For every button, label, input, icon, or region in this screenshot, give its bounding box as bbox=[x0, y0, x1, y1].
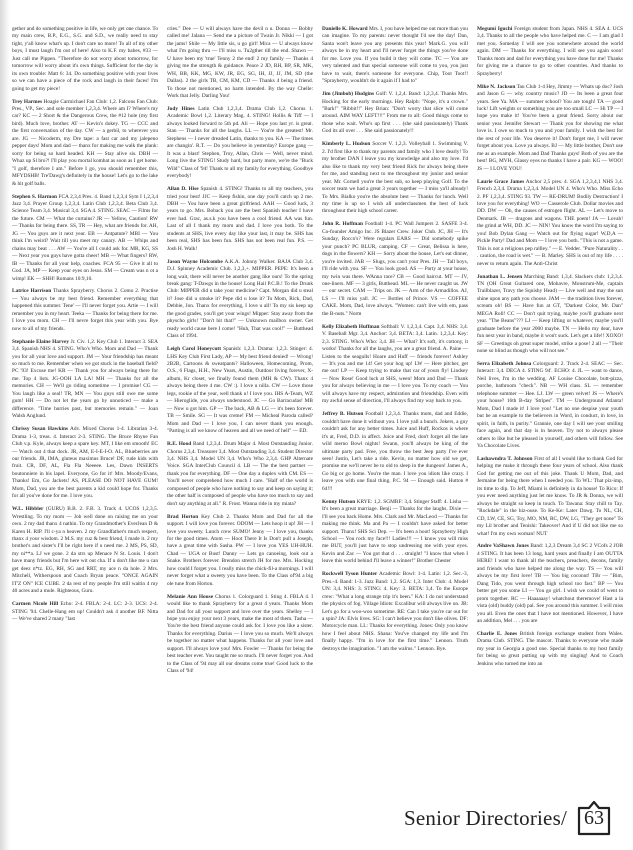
senior-name: Jody Hines bbox=[167, 106, 195, 112]
senior-entry: Chrissy Susan Hawkins Adv. Mixed Chorus … bbox=[12, 426, 158, 501]
column-1: gether and do something positive in life… bbox=[12, 26, 158, 766]
senior-entry-text: Thanks Sprayberry. Chorus 2. Como 2. Pra… bbox=[12, 288, 158, 331]
senior-entry-text: KRYE: 1,2. SGMRF: 3,4. Stinger Staff: 4.… bbox=[322, 499, 468, 565]
senior-name: Kelly Elizabeth Huffman bbox=[322, 324, 380, 330]
senior-entry: Kimberly L. Hudson Soccer V. 1,2,3. Voll… bbox=[322, 141, 468, 216]
senior-entry: Megumi Iguchi Foreign student from Japan… bbox=[477, 26, 623, 78]
senior-name: Melanie Ann House bbox=[167, 594, 213, 600]
senior-name: Jeffrey B. Hutson bbox=[322, 411, 363, 417]
senior-entry-text: Soccer V. 1,2,3. Volleyball 1. Swimming … bbox=[322, 141, 468, 214]
senior-entry: Trey Harmes Hoagie Carmichael Fan Club: … bbox=[12, 99, 158, 188]
section-title: Senior Directories/ bbox=[404, 806, 567, 831]
senior-entry: Danielle K. Howard Mrs. I, you have help… bbox=[322, 26, 468, 86]
senior-entry: Melanie Ann House Chorus 1. Colorguard 1… bbox=[167, 594, 313, 676]
senior-entry: Stephen S. Harmon FCA 2,3,4 Pres. 4. Ban… bbox=[12, 194, 158, 283]
senior-name: Jonathan L. Jensen bbox=[477, 274, 522, 280]
senior-name: Allan D. Hise bbox=[167, 186, 199, 192]
senior-entry-text: Jr. Civ. 1,2. Key Club 1. Interact 3. SE… bbox=[12, 339, 158, 420]
column-4: Megumi Iguchi Foreign student from Japan… bbox=[477, 26, 623, 766]
senior-entry: Laurie Grace James Anchor 2,5 pres. 4. S… bbox=[477, 179, 623, 268]
senior-name: Stephen S. Harmon bbox=[12, 194, 57, 200]
senior-name: Chrissy Susan Hawkins bbox=[12, 426, 68, 432]
senior-entry-text: FCA 2,3,4 Pres. 4. Band 1,2,3,4 Sym I 1,… bbox=[12, 194, 158, 282]
senior-entry-text: Spanish: 1,2,3. Drama: 1,2,3. Stinger: 4… bbox=[167, 346, 313, 434]
senior-entry: Jonathan L. Jensen Marching Band: 1,3,4.… bbox=[477, 274, 623, 356]
senior-entry: Kelly Elizabeth Huffman Softball: V. 1,2… bbox=[322, 324, 468, 406]
senior-entry: Andre VaShawn Jones Band: 1,2,3 Dream 3,… bbox=[477, 543, 623, 625]
senior-entry-text: (GURU) B.B. 2. F.B. 3. Track 4. UCOS 1,2… bbox=[12, 506, 158, 594]
page-binding-shadow bbox=[0, 0, 10, 850]
senior-entry: Stephanie Elaine Harvey Jr. Civ. 1,2. Ke… bbox=[12, 339, 158, 421]
senior-entry-text: Latin Club 1,2,3,4. Drama Club 1,2. Chor… bbox=[167, 106, 313, 179]
senior-entry: Kenny Hutson KRYE: 1,2. SGMRF: 3,4. Stin… bbox=[322, 499, 468, 566]
senior-name: Mike N. Jackson bbox=[477, 84, 515, 90]
senior-entry: Allan D. Hise Spanish 4. STING! Thanks t… bbox=[167, 186, 313, 253]
senior-name: Leigh Carol Honeycutt bbox=[167, 346, 221, 352]
senior-entry: John R. Hoffman Football 1-4. PC Wall Ju… bbox=[322, 221, 468, 318]
senior-entry-text: Spanish 4. STING! Thanks to all my teach… bbox=[167, 186, 313, 252]
senior-entry-text: Band: 1,2,3 Dream 3,4 SC 2 VCofs 2 JOB 4… bbox=[477, 543, 623, 624]
senior-entry: gether and do something positive in life… bbox=[12, 26, 158, 93]
senior-name: Trey Harmes bbox=[12, 99, 42, 105]
senior-entry: Brad Horton Key Club 2. Thanks Mom and D… bbox=[167, 514, 313, 589]
senior-entry-text: cries." Dee — U will always have the dev… bbox=[167, 26, 313, 99]
senior-name: Danielle K. Howard bbox=[322, 26, 368, 32]
senior-name: Kenny Hutson bbox=[322, 499, 355, 505]
senior-name: Andre VaShawn Jones bbox=[477, 543, 529, 549]
senior-entry: Carmen Nicole Hill Echo: 2-4. FBLA: 2-4.… bbox=[12, 601, 158, 623]
senior-entry: Jody Hines Latin Club 1,2,3,4. Drama Clu… bbox=[167, 106, 313, 181]
senior-entry-text: Academic Bowl: 1-4. Latin: 1,2. Sec.-3, … bbox=[322, 571, 468, 652]
senior-entry-text: Band 1,2,3,4. Drum Major 4. Most Outstan… bbox=[167, 441, 313, 507]
senior-entry-text: First of all I would like to thank God f… bbox=[477, 456, 623, 537]
senior-name: Charlie E. Jones bbox=[477, 631, 517, 637]
senior-entry: Lashawndra T. Johnson First of all I wou… bbox=[477, 456, 623, 538]
senior-entry: cries." Dee — U will always have the dev… bbox=[167, 26, 313, 101]
senior-entry-text: Anchor 2,5 pres. 4. SGA 1,2,3,4,1 NHS 3,… bbox=[477, 179, 623, 267]
senior-name: Megumi Iguchi bbox=[477, 26, 512, 32]
senior-name: Lashawndra T. Johnson bbox=[477, 456, 532, 462]
senior-entry-text: Marching Band: 1,3,4. Slackers club: 1,2… bbox=[477, 274, 623, 355]
senior-entry: Leigh Carol Honeycutt Spanish: 1,2,3. Dr… bbox=[167, 346, 313, 435]
senior-entry: Jason Wayne Holcombe A.K.A. Johnny Walke… bbox=[167, 259, 313, 341]
senior-name: Jim (Jimbob) Hudgins bbox=[322, 91, 374, 97]
senior-name: Laurie Grace James bbox=[477, 179, 524, 185]
senior-name: Carmen Nicole Hill bbox=[12, 601, 58, 607]
senior-entry: W.L. Hibbler (GURU) B.B. 2. F.B. 3. Trac… bbox=[12, 506, 158, 595]
senior-name: Kimberly L. Hudson bbox=[322, 141, 370, 147]
senior-entry-text: Golf: V. 1,2,4. Band: 1,2,3,4. Thanks Mr… bbox=[322, 91, 468, 134]
senior-entry-text: Adv. Mixed Chorus 1-4. Librarian 3-4. Dr… bbox=[12, 426, 158, 499]
senior-name: Latrice Harrison bbox=[12, 288, 51, 294]
senior-name: Brad Horton bbox=[167, 514, 198, 520]
page-footer: Senior Directories/ 63 bbox=[404, 800, 611, 836]
senior-name: John R. Hoffman bbox=[322, 221, 363, 227]
senior-entry: Jim (Jimbob) Hudgins Golf: V. 1,2,4. Ban… bbox=[322, 91, 468, 136]
senior-entry-text: Key Club 2. Thanks Mom and Dad for all t… bbox=[167, 514, 313, 587]
senior-entry: Rockwell Tyson Hunter Academic Bowl: 1-4… bbox=[322, 571, 468, 653]
page-number: 63 bbox=[577, 807, 611, 830]
page-number-badge: 63 bbox=[577, 800, 611, 836]
senior-entry-text: Mrs. I, you have helped me out more than… bbox=[322, 26, 468, 84]
senior-name: Serra Elizabeth Johnsa bbox=[477, 361, 531, 367]
senior-entry-text: Chorus 1. Colorguard 1. Sting 4. FBLA 4.… bbox=[167, 594, 313, 675]
senior-entry-text: Hoagie Carmichael Fan Club: 1,2. Falcons… bbox=[12, 99, 158, 187]
senior-entry: Mike N. Jackson Tau Club 1-4 Hey, Jimmy … bbox=[477, 84, 623, 173]
senior-entry-text: A.K.A. Johnny Walker. BAJA Club 3,4. D.J… bbox=[167, 259, 313, 340]
senior-directory-columns: gether and do something positive in life… bbox=[12, 26, 624, 766]
senior-entry-text: Softball: V. 1,2,3,4. Capt. 3,4. NHS: 3,… bbox=[322, 324, 468, 405]
senior-entry-text: Foreign student from Japan. NHS 4. SEA 4… bbox=[477, 26, 623, 77]
senior-entry: Latrice Harrison Thanks Sprayberry. Chor… bbox=[12, 288, 158, 333]
senior-name: Rockwell Tyson Hunter bbox=[322, 571, 377, 577]
senior-entry-text: Tau Club 1-4 Hey, Jimmy — Whats up doc? … bbox=[477, 84, 623, 172]
senior-name: Jason Wayne Holcombe bbox=[167, 259, 223, 265]
column-2: cries." Dee — U will always have the dev… bbox=[167, 26, 313, 766]
senior-entry-text: gether and do something positive in life… bbox=[12, 26, 158, 92]
senior-entry: Jeffrey B. Hutson Football 1,2,3,4. Than… bbox=[322, 411, 468, 493]
senior-entry-text: Football 1-4. PC Wall Jumpers 2. SASFE 3… bbox=[322, 221, 468, 316]
senior-name: Stephanie Elaine Harvey bbox=[12, 339, 69, 345]
senior-entry-text: Football 1,2,3,4. Thanks mom, dad and Ed… bbox=[322, 411, 468, 492]
senior-entry: R.E. Hood Band 1,2,3,4. Drum Major 4. Mo… bbox=[167, 441, 313, 508]
column-3: Danielle K. Howard Mrs. I, you have help… bbox=[322, 26, 468, 766]
senior-name: W.L. Hibbler bbox=[12, 506, 43, 512]
senior-name: R.E. Hood bbox=[167, 441, 191, 447]
senior-entry: Serra Elizabeth Johnsa Colorguard: 2. Tr… bbox=[477, 361, 623, 450]
senior-entry: Charlie E. Jones British foreign exchang… bbox=[477, 631, 623, 668]
senior-entry-text: Colorguard: 2. Track 2-4. SEAC — Sec. In… bbox=[477, 361, 623, 449]
